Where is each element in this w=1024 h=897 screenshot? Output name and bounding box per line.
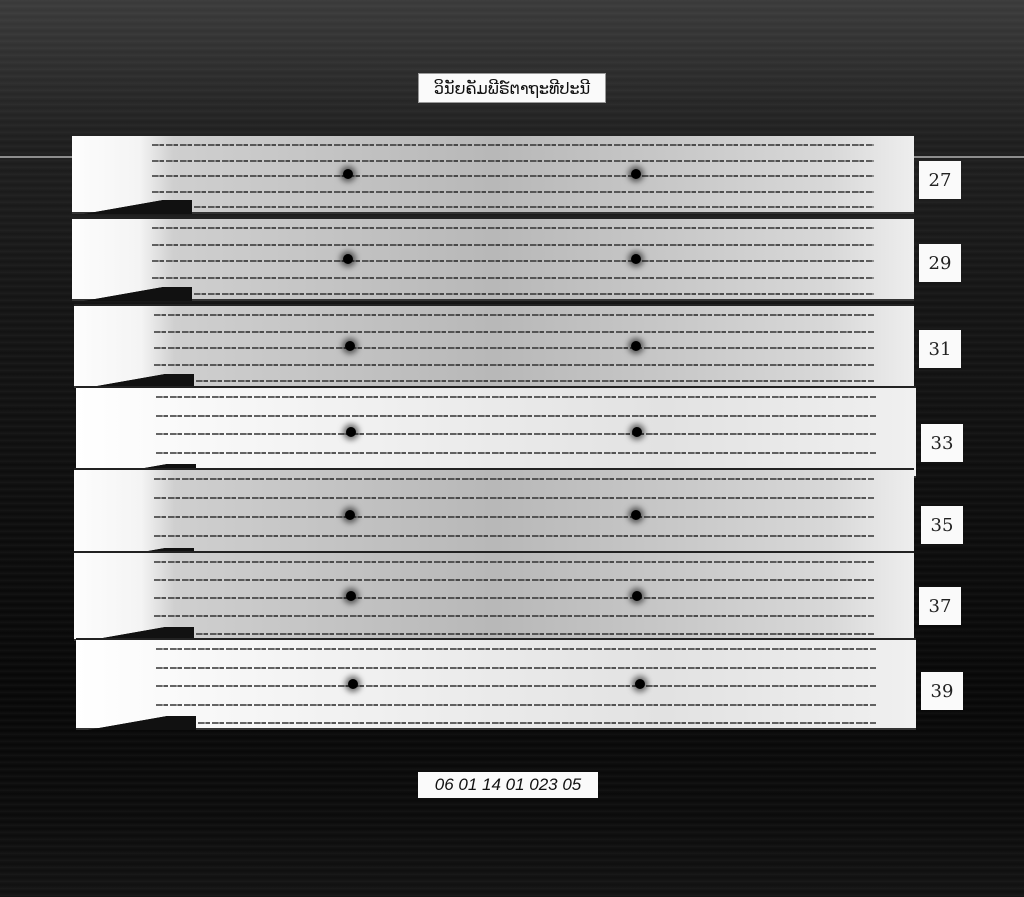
script-line bbox=[156, 415, 876, 417]
binding-hole bbox=[631, 254, 641, 264]
script-line bbox=[156, 648, 876, 650]
binding-hole bbox=[346, 427, 356, 437]
manuscript-leaf bbox=[72, 134, 914, 214]
binding-hole bbox=[348, 679, 358, 689]
binding-hole bbox=[343, 254, 353, 264]
script-line bbox=[152, 244, 874, 246]
torn-edge bbox=[72, 200, 192, 214]
script-line bbox=[154, 331, 874, 333]
script-line bbox=[154, 497, 874, 499]
script-line bbox=[156, 722, 876, 724]
manuscript-leaf bbox=[76, 386, 916, 478]
binding-hole bbox=[635, 679, 645, 689]
binding-hole bbox=[345, 510, 355, 520]
script-line bbox=[154, 364, 874, 366]
script-line bbox=[154, 347, 874, 349]
script-line bbox=[156, 685, 876, 687]
torn-edge bbox=[72, 287, 192, 301]
manuscript-leaf bbox=[74, 551, 914, 641]
page-number-label: 35 bbox=[921, 506, 963, 544]
binding-hole bbox=[631, 510, 641, 520]
script-line bbox=[152, 160, 874, 162]
script-line bbox=[152, 277, 874, 279]
script-line bbox=[154, 597, 874, 599]
page-number-label: 33 bbox=[921, 424, 963, 462]
script-line bbox=[154, 633, 874, 635]
script-line bbox=[154, 516, 874, 518]
catalog-number-label: 06 01 14 01 023 05 bbox=[418, 772, 598, 798]
page-number-label: 39 bbox=[921, 672, 963, 710]
binding-hole bbox=[343, 169, 353, 179]
manuscript-title-label: ວິນັຍຄັມພີຣ໌ຕາຖະທີປະນີ bbox=[418, 73, 606, 103]
script-line bbox=[152, 191, 874, 193]
binding-hole bbox=[346, 591, 356, 601]
script-line bbox=[152, 175, 874, 177]
script-line bbox=[156, 704, 876, 706]
script-line bbox=[154, 380, 874, 382]
script-line bbox=[152, 144, 874, 146]
manuscript-leaf bbox=[74, 304, 914, 388]
script-line bbox=[152, 293, 874, 295]
binding-hole bbox=[631, 169, 641, 179]
script-line bbox=[152, 227, 874, 229]
manuscript-leaf bbox=[74, 468, 914, 562]
binding-hole bbox=[631, 341, 641, 351]
binding-hole bbox=[345, 341, 355, 351]
binding-hole bbox=[632, 591, 642, 601]
script-line bbox=[154, 615, 874, 617]
page-number-label: 27 bbox=[919, 161, 961, 199]
script-line bbox=[156, 452, 876, 454]
script-line bbox=[154, 478, 874, 480]
manuscript-leaf bbox=[72, 217, 914, 301]
script-line bbox=[152, 206, 874, 208]
script-line bbox=[154, 561, 874, 563]
script-line bbox=[152, 260, 874, 262]
script-line bbox=[156, 667, 876, 669]
script-line bbox=[154, 579, 874, 581]
page-number-label: 31 bbox=[919, 330, 961, 368]
manuscript-leaf bbox=[76, 638, 916, 730]
script-line bbox=[154, 314, 874, 316]
script-line bbox=[156, 433, 876, 435]
binding-hole bbox=[632, 427, 642, 437]
page-number-label: 37 bbox=[919, 587, 961, 625]
torn-edge bbox=[76, 716, 196, 730]
page-number-label: 29 bbox=[919, 244, 961, 282]
script-line bbox=[154, 535, 874, 537]
script-line bbox=[156, 396, 876, 398]
